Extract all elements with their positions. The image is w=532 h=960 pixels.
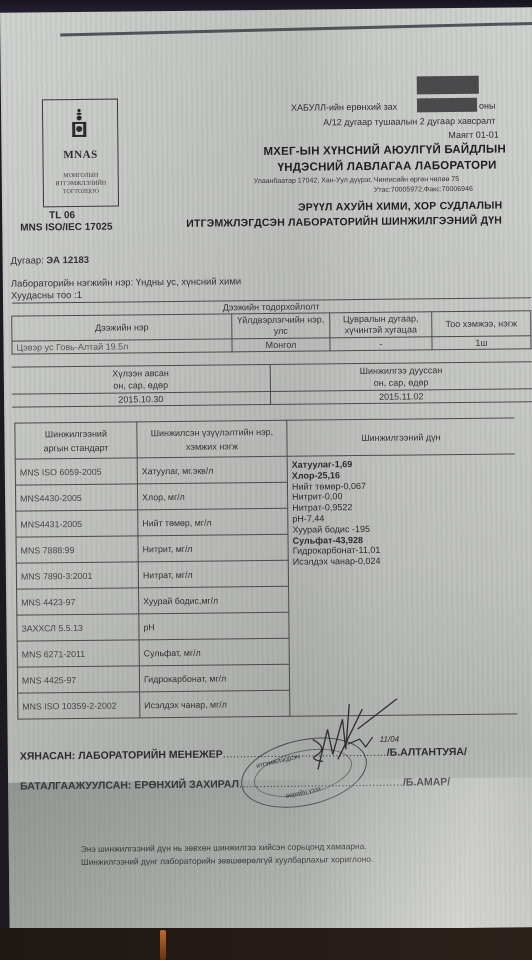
annex-line: А/12 дугаар тушаалын 2 дугаар хавсралт: [323, 116, 495, 128]
soyombo-emblem-icon: [69, 108, 89, 138]
lab-unit-label: Лабораторийн нэгжийн нэр:: [11, 277, 133, 289]
method-standard: MNS4431-2005: [16, 510, 138, 537]
redacted-block: [417, 76, 479, 95]
results-header-standard-line: аргын стандарт: [20, 440, 133, 455]
background-cable: [160, 930, 166, 960]
indicator-name: Нитрит, мг/л: [138, 534, 288, 562]
results-header-standard: Шинжилгээний аргын стандарт: [15, 422, 137, 459]
paper-edge-rule: [60, 22, 532, 37]
report-title-line-1: ЭРҮҮЛ АХУЙН ХИМИ, ХОР СУДЛАЛЫН: [298, 200, 502, 214]
method-standard: MNS ISO 10359-2-2002: [18, 692, 140, 719]
result-value: Исэлдэх чанар-0,024: [293, 555, 512, 568]
sample-quantity: 1ш: [432, 336, 531, 350]
indicator-name: Нитрат, мг/л: [138, 560, 288, 588]
finished-date-cell: Шинжилгээ дууссан он, сар, өдөр: [270, 362, 532, 392]
report-number-value: ЭА 12183: [46, 255, 89, 266]
results-header-indicator-line: Шинжилсэн үзүүлэлтийн нэр,: [141, 424, 282, 439]
form-code: Маягт 01-01: [448, 130, 499, 141]
page-count-value: :1: [74, 290, 82, 301]
indicator-name: Хлор, мг/л: [137, 482, 287, 510]
received-date-cell: Хүлээн авсан он, сар, өдөр: [12, 364, 270, 394]
finished-sub-label: он, сар, өдөр: [274, 375, 528, 390]
order-reference-suffix: оны: [479, 101, 496, 111]
page-count-label: Хуудасны тоо: [11, 290, 72, 302]
mnas-logo: MNAS МОНГОЛЫН ИТГЭМЖЛЭЛИЙН ТОГТОЛЦОО: [42, 99, 119, 208]
sample-header-name: Дээжийн нэр: [12, 314, 232, 341]
organization-address: Улаанбаатар 17042, Хан-Уул дүүрэг, Чинги…: [254, 176, 459, 185]
footer-note-line-1: Энэ шинжилгээний дүн нь зөвхөн шинжилгээ…: [81, 841, 367, 854]
logo-abbreviation: MNAS: [43, 149, 117, 162]
organization-line-2: ҮНДЭСНИЙ ЛАВЛАГАА ЛАБОРАТОРИ: [278, 160, 497, 174]
page-count: Хуудасны тоо :1: [11, 290, 82, 302]
logo-line: ТОГТОЛЦОО: [44, 188, 118, 197]
indicator-name: Хуурай бодис,мг/л: [139, 586, 289, 614]
logo-caption: МОНГОЛЫН ИТГЭМЖЛЭЛИЙН ТОГТОЛЦОО: [44, 172, 118, 197]
indicator-name: Нийт төмөр, мг/л: [138, 508, 288, 536]
organization-contacts: Утас:70005972,Факс:70006946: [374, 186, 473, 194]
indicator-name: Хатуулаг, мг.экв/л: [137, 456, 287, 484]
report-number-label: Дугаар:: [11, 255, 44, 266]
signature-date: 11/04: [380, 735, 400, 744]
report-title-line-2: ИТГЭМЖЛЭГДСЭН ЛАБОРАТОРИЙН ШИНЖИЛГЭЭНИЙ …: [186, 215, 502, 230]
indicator-name: Исэлдэх чанар, мг/л: [140, 690, 290, 718]
results-cell: Хатуулаг-1,69Хлор-25,16Нийт төмөр-0,067Н…: [287, 454, 517, 716]
method-standard: MNS 7890-3:2001: [16, 562, 138, 589]
sample-batch: -: [330, 337, 432, 351]
order-reference: ХАБУЛЛ-ийн ерөнхий зах: [291, 102, 397, 113]
accreditation-standard: MNS ISO/IEC 17025: [20, 222, 112, 234]
method-standard: ЗАХХСЛ 5.5.13: [17, 614, 139, 641]
lab-unit: Лабораторийн нэгжийн нэр: Үндны ус, хүнс…: [11, 276, 241, 289]
lab-report-document: MNAS МОНГОЛЫН ИТГЭМЖЛЭЛИЙН ТОГТОЛЦОО TL …: [0, 7, 532, 933]
photo-background-bottom: [0, 928, 532, 960]
received-sub-label: он, сар, өдөр: [16, 378, 266, 393]
sample-header-manufacturer: Үйлдвэрлэгчийн нэр, улс: [232, 313, 330, 339]
finished-date: 2015.11.02: [270, 389, 532, 405]
sample-description-table: Дээжийн тодорхойлолт Дээжийн нэр Үйлдвэр…: [11, 297, 532, 354]
method-standard: MNS 6271-2011: [17, 640, 139, 667]
checked-by-label: ХЯНАСАН: ЛАБОРАТОРИЙН МЕНЕЖЕР: [20, 748, 223, 762]
results-header-standard-line: Шинжилгээний: [19, 426, 132, 441]
sample-manufacturer: Монгол: [232, 338, 330, 352]
results-table: Шинжилгээний аргын стандарт Шинжилсэн үз…: [14, 417, 517, 719]
organization-line-1: МХЕГ-ЫН ХҮНСНИЙ АЮУЛГҮЙ БАЙДЛЫН: [263, 143, 506, 158]
indicator-name: pH: [139, 612, 289, 640]
results-header-result: Шинжилгээний дүн: [287, 418, 515, 456]
report-number: Дугаар: ЭА 12183: [11, 255, 90, 267]
indicator-name: Сульфат, мг/л: [139, 638, 289, 666]
sample-header-batch: Цувралын дугаар, хүчинтэй хугацаа: [330, 312, 432, 338]
indicator-name: Гидрокарбонат, мг/л: [139, 664, 289, 692]
table-row: MNS ISO 6059-2005Хатуулаг, мг.экв/лХатуу…: [15, 454, 515, 485]
results-header-indicator-line: хэмжих нэгж: [141, 438, 282, 453]
sample-name: Цэвэр ус Говь-Алтай 19.5л: [12, 339, 232, 354]
footer-note-line-2: Шинжилгээний дүнг лабораторийн зөвшөөрөл…: [81, 854, 373, 867]
accreditation-code: TL 06: [49, 210, 75, 221]
approved-by-name: /Б.АМАР/: [403, 776, 450, 788]
sample-header-quantity: Тоо хэмжээ, нэгж: [432, 311, 531, 337]
results-header-indicator: Шинжилсэн үзүүлэлтийн нэр, хэмжих нэгж: [137, 420, 287, 458]
received-date: 2015.10.30: [12, 391, 270, 407]
method-standard: MNS4430-2005: [15, 484, 137, 511]
order-reference-prefix: ХАБУЛЛ-ийн ерөнхий зах: [291, 102, 397, 113]
redacted-block: [417, 98, 477, 113]
method-standard: MNS 7888:99: [16, 536, 138, 563]
method-standard: MNS 4425-97: [17, 666, 139, 693]
method-standard: MNS 4423-97: [17, 588, 139, 615]
lab-unit-value: Үндны ус, хүнсний хими: [136, 276, 241, 288]
method-standard: MNS ISO 6059-2005: [15, 458, 137, 485]
dates-table: Хүлээн авсан он, сар, өдөр Шинжилгээ дуу…: [12, 361, 532, 407]
approved-by-label: БАТАЛГААЖУУЛСАН: ЕРӨНХИЙ ЗАХИРАЛ: [20, 778, 239, 792]
